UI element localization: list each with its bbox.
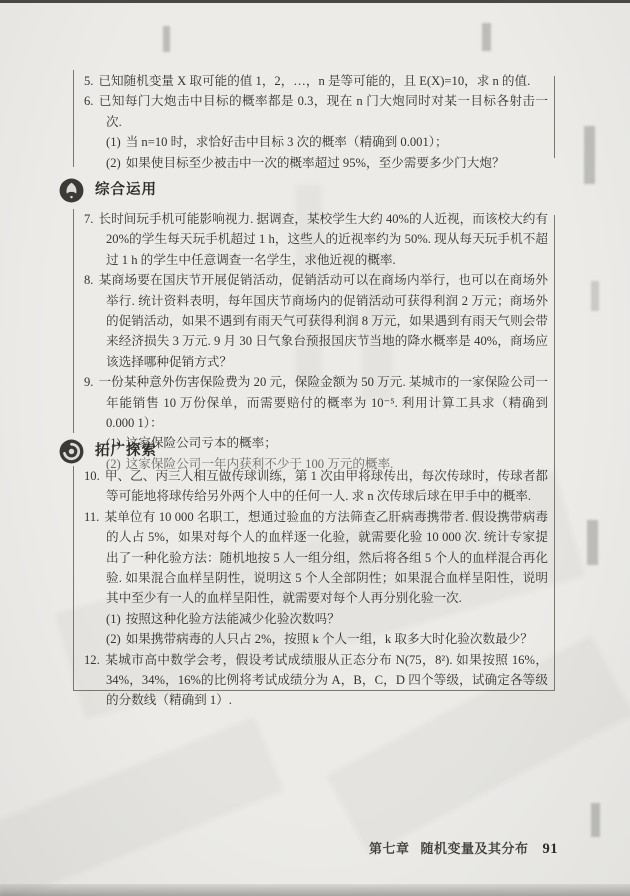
problem-11-item-1: (1)按照这种化验方法能减少化验次数吗？ (84, 609, 548, 629)
problem-9: 9.一份某种意外伤害保险费为 20 元，保险金额为 50 万元. 某城市的一家保… (84, 372, 548, 433)
page-number: 91 (543, 841, 559, 857)
scan-smudge (591, 803, 600, 837)
scan-bottom-edge (0, 884, 630, 896)
problem-number: 11. (84, 510, 99, 524)
problem-11: 11.某单位有 10 000 名职工，想通过验血的方法筛查乙肝病毒携带者. 假设… (84, 507, 548, 609)
rosette-badge-icon (58, 177, 85, 204)
problem-number: 7. (84, 212, 93, 226)
scan-top-edge (0, 0, 630, 3)
problem-11-item-2: (2)如果携带病毒的人只占 2%，按照 k 个人一组，k 取多大时化验次数最少？ (84, 629, 548, 649)
box-right-border (554, 215, 555, 690)
problem-block-top: 5.已知随机变量 X 取可能的值 1，2，…，n 是等可能的，且 E(X)=10… (84, 71, 548, 173)
subitem-label: (1) (106, 135, 121, 149)
problem-text: 某单位有 10 000 名职工，想通过验血的方法筛查乙肝病毒携带者. 假设携带病… (104, 510, 548, 606)
problem-number: 6. (84, 94, 93, 108)
problem-5: 5.已知随机变量 X 取可能的值 1，2，…，n 是等可能的，且 E(X)=10… (84, 71, 548, 91)
scan-smudge (482, 23, 491, 51)
problem-text: 长时间玩手机可能影响视力. 据调查，某校学生大约 40%的人近视，而该校大约有 … (98, 212, 548, 267)
scan-smudge (587, 520, 598, 565)
page-footer: 第七章随机变量及其分布91 (369, 838, 558, 858)
subitem-label: (2) (106, 156, 121, 170)
subitem-text: 按照这种化验方法能减少化验次数吗？ (126, 612, 340, 626)
scanned-textbook-page: 5.已知随机变量 X 取可能的值 1，2，…，n 是等可能的，且 E(X)=10… (0, 0, 630, 896)
bleedthrough-watermark (0, 717, 284, 896)
problem-block-extension: 10.甲、乙、丙三人相互做传球训练，第 1 次由甲将球传出，每次传球时，传球者都… (84, 466, 548, 711)
problem-text: 已知每门大炮击中目标的概率都是 0.3，现在 n 门大炮同时对某一目标各射击一次… (98, 94, 548, 128)
problem-8: 8.某商场要在国庆节开展促销活动，促销活动可以在商场内举行，也可以在商场外举行.… (84, 270, 548, 372)
problem-text: 一份某种意外伤害保险费为 20 元，保险金额为 50 万元. 某城市的一家保险公… (98, 375, 548, 430)
problem-12: 12.某城市高中数学会考，假设考试成绩服从正态分布 N(75，8²). 如果按照… (84, 650, 548, 711)
problem-6-item-1: (1)当 n=10 时，求恰好击中目标 3 次的概率（精确到 0.001）； (84, 132, 548, 152)
problem-7: 7.长时间玩手机可能影响视力. 据调查，某校学生大约 40%的人近视，而该校大约… (84, 209, 548, 270)
problem-number: 12. (84, 653, 100, 667)
problem-number: 9. (84, 375, 93, 389)
problem-text: 甲、乙、丙三人相互做传球训练，第 1 次由甲将球传出，每次传球时，传球者都等可能… (105, 469, 548, 503)
problem-number: 8. (84, 273, 93, 287)
box-left-border (73, 466, 74, 690)
section-title: 综合运用 (95, 177, 157, 204)
problem-6: 6.已知每门大炮击中目标的概率都是 0.3，现在 n 门大炮同时对某一目标各射击… (84, 91, 548, 132)
subitem-text: 如果携带病毒的人只占 2%，按照 k 个人一组，k 取多大时化验次数最少？ (126, 632, 533, 646)
subitem-text: 当 n=10 时，求恰好击中目标 3 次的概率（精确到 0.001）； (126, 135, 448, 149)
problem-number: 10. (84, 469, 100, 483)
subitem-label: (1) (106, 612, 121, 626)
footer-chapter-title: 随机变量及其分布 (420, 841, 528, 856)
box-right-border (554, 76, 555, 158)
problem-10: 10.甲、乙、丙三人相互做传球训练，第 1 次由甲将球传出，每次传球时，传球者都… (84, 466, 548, 507)
box-left-border (73, 70, 74, 167)
problem-text: 某商场要在国庆节开展促销活动，促销活动可以在商场内举行，也可以在商场外举行. 统… (98, 273, 548, 369)
box-left-border (73, 209, 74, 433)
section-header-comprehensive-use: 综合运用 (58, 177, 157, 204)
problem-6-item-2: (2)如果使目标至少被击中一次的概率超过 95%，至少需要多少门大炮？ (84, 153, 548, 173)
scan-smudge (584, 126, 595, 184)
scan-smudge (591, 281, 599, 311)
problem-block-comprehensive: 7.长时间玩手机可能影响视力. 据调查，某校学生大约 40%的人近视，而该校大约… (84, 209, 548, 474)
subitem-label: (2) (106, 632, 121, 646)
footer-chapter-label: 第七章 (369, 841, 410, 856)
scan-smudge (163, 26, 170, 52)
aperture-badge-icon (58, 438, 85, 465)
problem-text: 已知随机变量 X 取可能的值 1，2，…，n 是等可能的，且 E(X)=10，求… (98, 74, 530, 88)
section-title: 拓广探索 (95, 438, 157, 465)
subitem-text: 如果使目标至少被击中一次的概率超过 95%，至少需要多少门大炮？ (126, 156, 505, 170)
problem-text: 某城市高中数学会考，假设考试成绩服从正态分布 N(75，8²). 如果按照 16… (105, 653, 548, 708)
problem-number: 5. (84, 74, 93, 88)
section-header-extension-exploration: 拓广探索 (58, 438, 157, 465)
